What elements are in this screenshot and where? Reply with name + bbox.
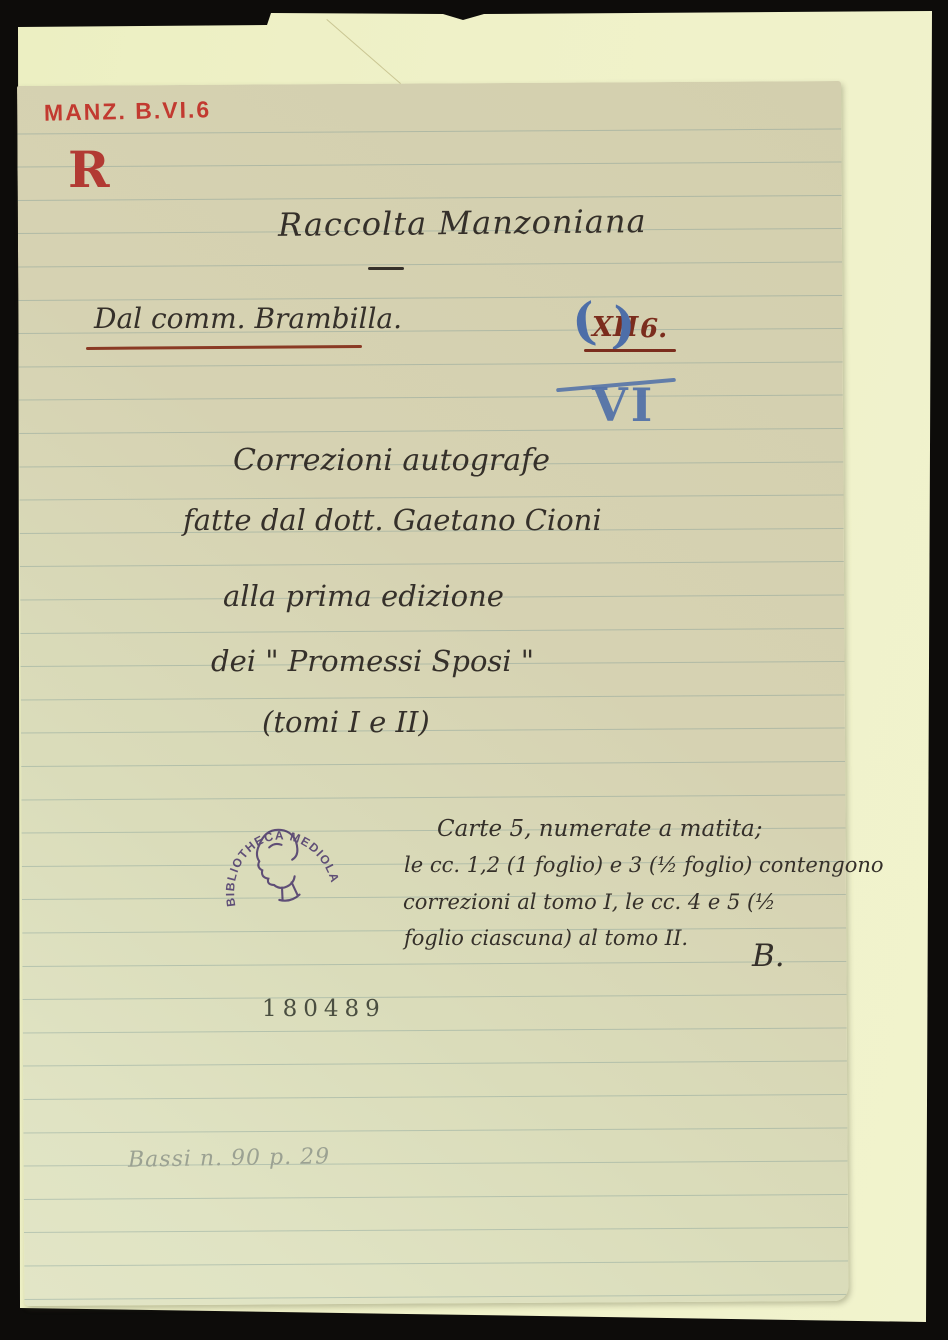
description-line-1: Correzioni autografe bbox=[233, 443, 550, 478]
old-shelfmark-paren-close: ) bbox=[610, 295, 638, 356]
content-note-line-4: foglio ciascuna) al tomo II. bbox=[404, 926, 688, 950]
paper-crease bbox=[326, 19, 401, 84]
shelfmark-stamp: MANZ. B.VI.6 bbox=[44, 96, 212, 126]
library-oval-stamp: BIBLIOTHECA MEDIOLANENSIS bbox=[201, 786, 354, 942]
accession-number-stamp: 180489 bbox=[262, 996, 386, 1022]
pencil-annotation: Bassi n. 90 p. 29 bbox=[128, 1144, 331, 1173]
description-line-2: fatte dal dott. Gaetano Cioni bbox=[183, 503, 602, 537]
content-note-signature: B. bbox=[752, 938, 785, 974]
content-note-line-3: correzioni al tomo I, le cc. 4 e 5 (½ bbox=[403, 890, 776, 914]
collection-title: Raccolta Manzoniana bbox=[278, 202, 647, 244]
content-note-line-1: Carte 5, numerate a matita; bbox=[437, 816, 763, 842]
content-note-line-2: le cc. 1,2 (1 foglio) e 3 (½ foglio) con… bbox=[404, 853, 884, 877]
description-line-5: (tomi I e II) bbox=[262, 705, 430, 739]
provenance-line: Dal comm. Brambilla. bbox=[94, 302, 402, 335]
description-line-4: dei " Promessi Sposi " bbox=[211, 644, 534, 678]
lined-top-sheet bbox=[17, 81, 848, 1306]
title-underline-dash bbox=[368, 267, 404, 270]
old-shelfmark-underline bbox=[584, 349, 676, 352]
old-shelfmark-suffix: 6. bbox=[640, 314, 667, 344]
description-line-3: alla prima edizione bbox=[223, 579, 504, 613]
r-stamp: R bbox=[68, 140, 110, 199]
scanned-archive-card: MANZ. B.VI.6 R Raccolta Manzoniana Dal c… bbox=[0, 0, 948, 1340]
